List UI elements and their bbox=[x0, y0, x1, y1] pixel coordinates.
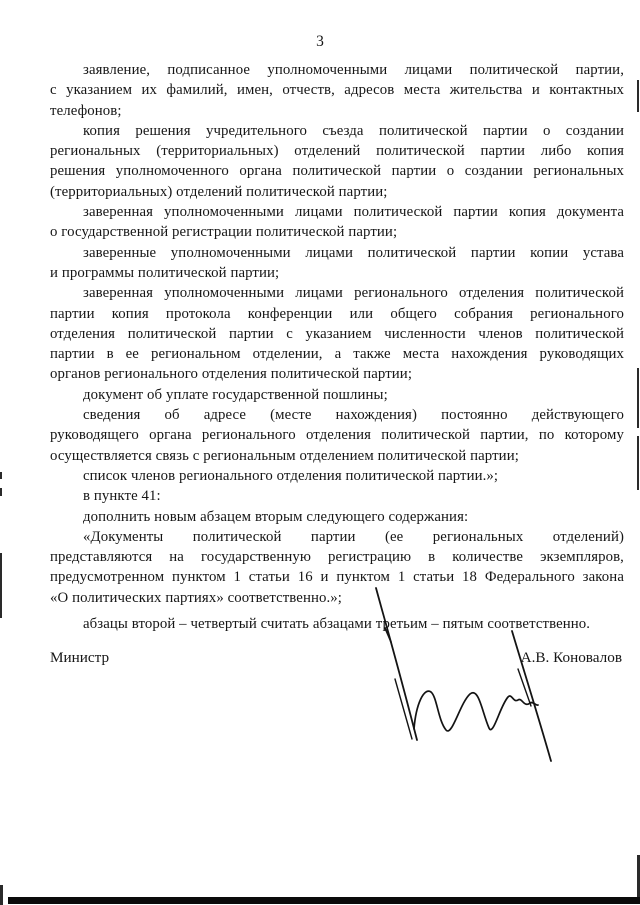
scan-artifact-bottom-bar bbox=[8, 897, 640, 904]
scan-artifact-left-bottom bbox=[0, 885, 3, 905]
text-line: органов регионального отделения политиче… bbox=[50, 364, 624, 384]
text-line: отделения политической партии с указание… bbox=[50, 324, 624, 344]
paragraph: абзацы второй – четвертый считать абзаца… bbox=[50, 614, 624, 634]
page-number: 3 bbox=[0, 33, 640, 51]
text-line: решения уполномоченного органа политичес… bbox=[50, 161, 624, 181]
paragraph: сведения об адресе (месте нахождения) по… bbox=[50, 405, 624, 466]
text-line: заявление, подписанное уполномоченными л… bbox=[50, 60, 624, 80]
text-line: дополнить новым абзацем вторым следующег… bbox=[50, 507, 624, 527]
text-line: заверенная уполномоченными лицами регион… bbox=[50, 283, 624, 303]
scan-artifact-left-line bbox=[0, 553, 2, 618]
scan-artifact-left-dash-2 bbox=[0, 488, 2, 496]
paragraph: список членов регионального отделения по… bbox=[50, 466, 624, 486]
document-body: заявление, подписанное уполномоченными л… bbox=[50, 60, 624, 634]
paragraph: заявление, подписанное уполномоченными л… bbox=[50, 60, 624, 121]
text-line: и программы политической партии; bbox=[50, 263, 624, 283]
text-line: заверенные уполномоченными лицами полити… bbox=[50, 243, 624, 263]
scan-artifact-right-dash-3 bbox=[637, 436, 639, 490]
document-page: 3 заявление, подписанное уполномоченными… bbox=[0, 0, 640, 905]
text-line: телефонов; bbox=[50, 101, 624, 121]
text-line: список членов регионального отделения по… bbox=[50, 466, 624, 486]
text-line: копия решения учредительного съезда поли… bbox=[50, 121, 624, 141]
text-line: сведения об адресе (месте нахождения) по… bbox=[50, 405, 624, 425]
signature-role: Министр bbox=[50, 649, 109, 667]
text-line: «О политических партиях» соответственно.… bbox=[50, 588, 624, 608]
scan-artifact-right-dash-1 bbox=[637, 80, 639, 112]
text-line: представляются на государственную регист… bbox=[50, 547, 624, 567]
paragraph: заверенная уполномоченными лицами регион… bbox=[50, 283, 624, 384]
text-line: (территориальных) отделений политической… bbox=[50, 182, 624, 202]
text-line: с указанием их фамилий, имен, отчеств, а… bbox=[50, 80, 624, 100]
paragraph: заверенные уполномоченными лицами полити… bbox=[50, 243, 624, 284]
text-line: «Документы политической партии (ее регио… bbox=[50, 527, 624, 547]
text-line: документ об уплате государственной пошли… bbox=[50, 385, 624, 405]
paragraph: дополнить новым абзацем вторым следующег… bbox=[50, 507, 624, 527]
text-line: в пункте 41: bbox=[50, 486, 624, 506]
paragraph: копия решения учредительного съезда поли… bbox=[50, 121, 624, 202]
scan-artifact-right-dash-2 bbox=[637, 368, 639, 428]
text-line: региональных (территориальных) отделений… bbox=[50, 141, 624, 161]
text-line: заверенная уполномоченными лицами полити… bbox=[50, 202, 624, 222]
paragraph: в пункте 41: bbox=[50, 486, 624, 506]
text-line: предусмотренном пунктом 1 статьи 16 и пу… bbox=[50, 567, 624, 587]
text-line: о государственной регистрации политическ… bbox=[50, 222, 624, 242]
text-line: абзацы второй – четвертый считать абзаца… bbox=[50, 614, 624, 634]
text-line: партии копия протокола конференции или о… bbox=[50, 304, 624, 324]
paragraph: документ об уплате государственной пошли… bbox=[50, 385, 624, 405]
text-line: руководящего органа регионального отделе… bbox=[50, 425, 624, 445]
text-line: осуществляется связь с региональным отде… bbox=[50, 446, 624, 466]
paragraph: заверенная уполномоченными лицами полити… bbox=[50, 202, 624, 243]
paragraph: «Документы политической партии (ее регио… bbox=[50, 527, 624, 608]
signature-name: А.В. Коновалов bbox=[521, 649, 622, 667]
scan-artifact-left-dash-1 bbox=[0, 472, 2, 479]
text-line: партии в ее региональном отделении, а та… bbox=[50, 344, 624, 364]
